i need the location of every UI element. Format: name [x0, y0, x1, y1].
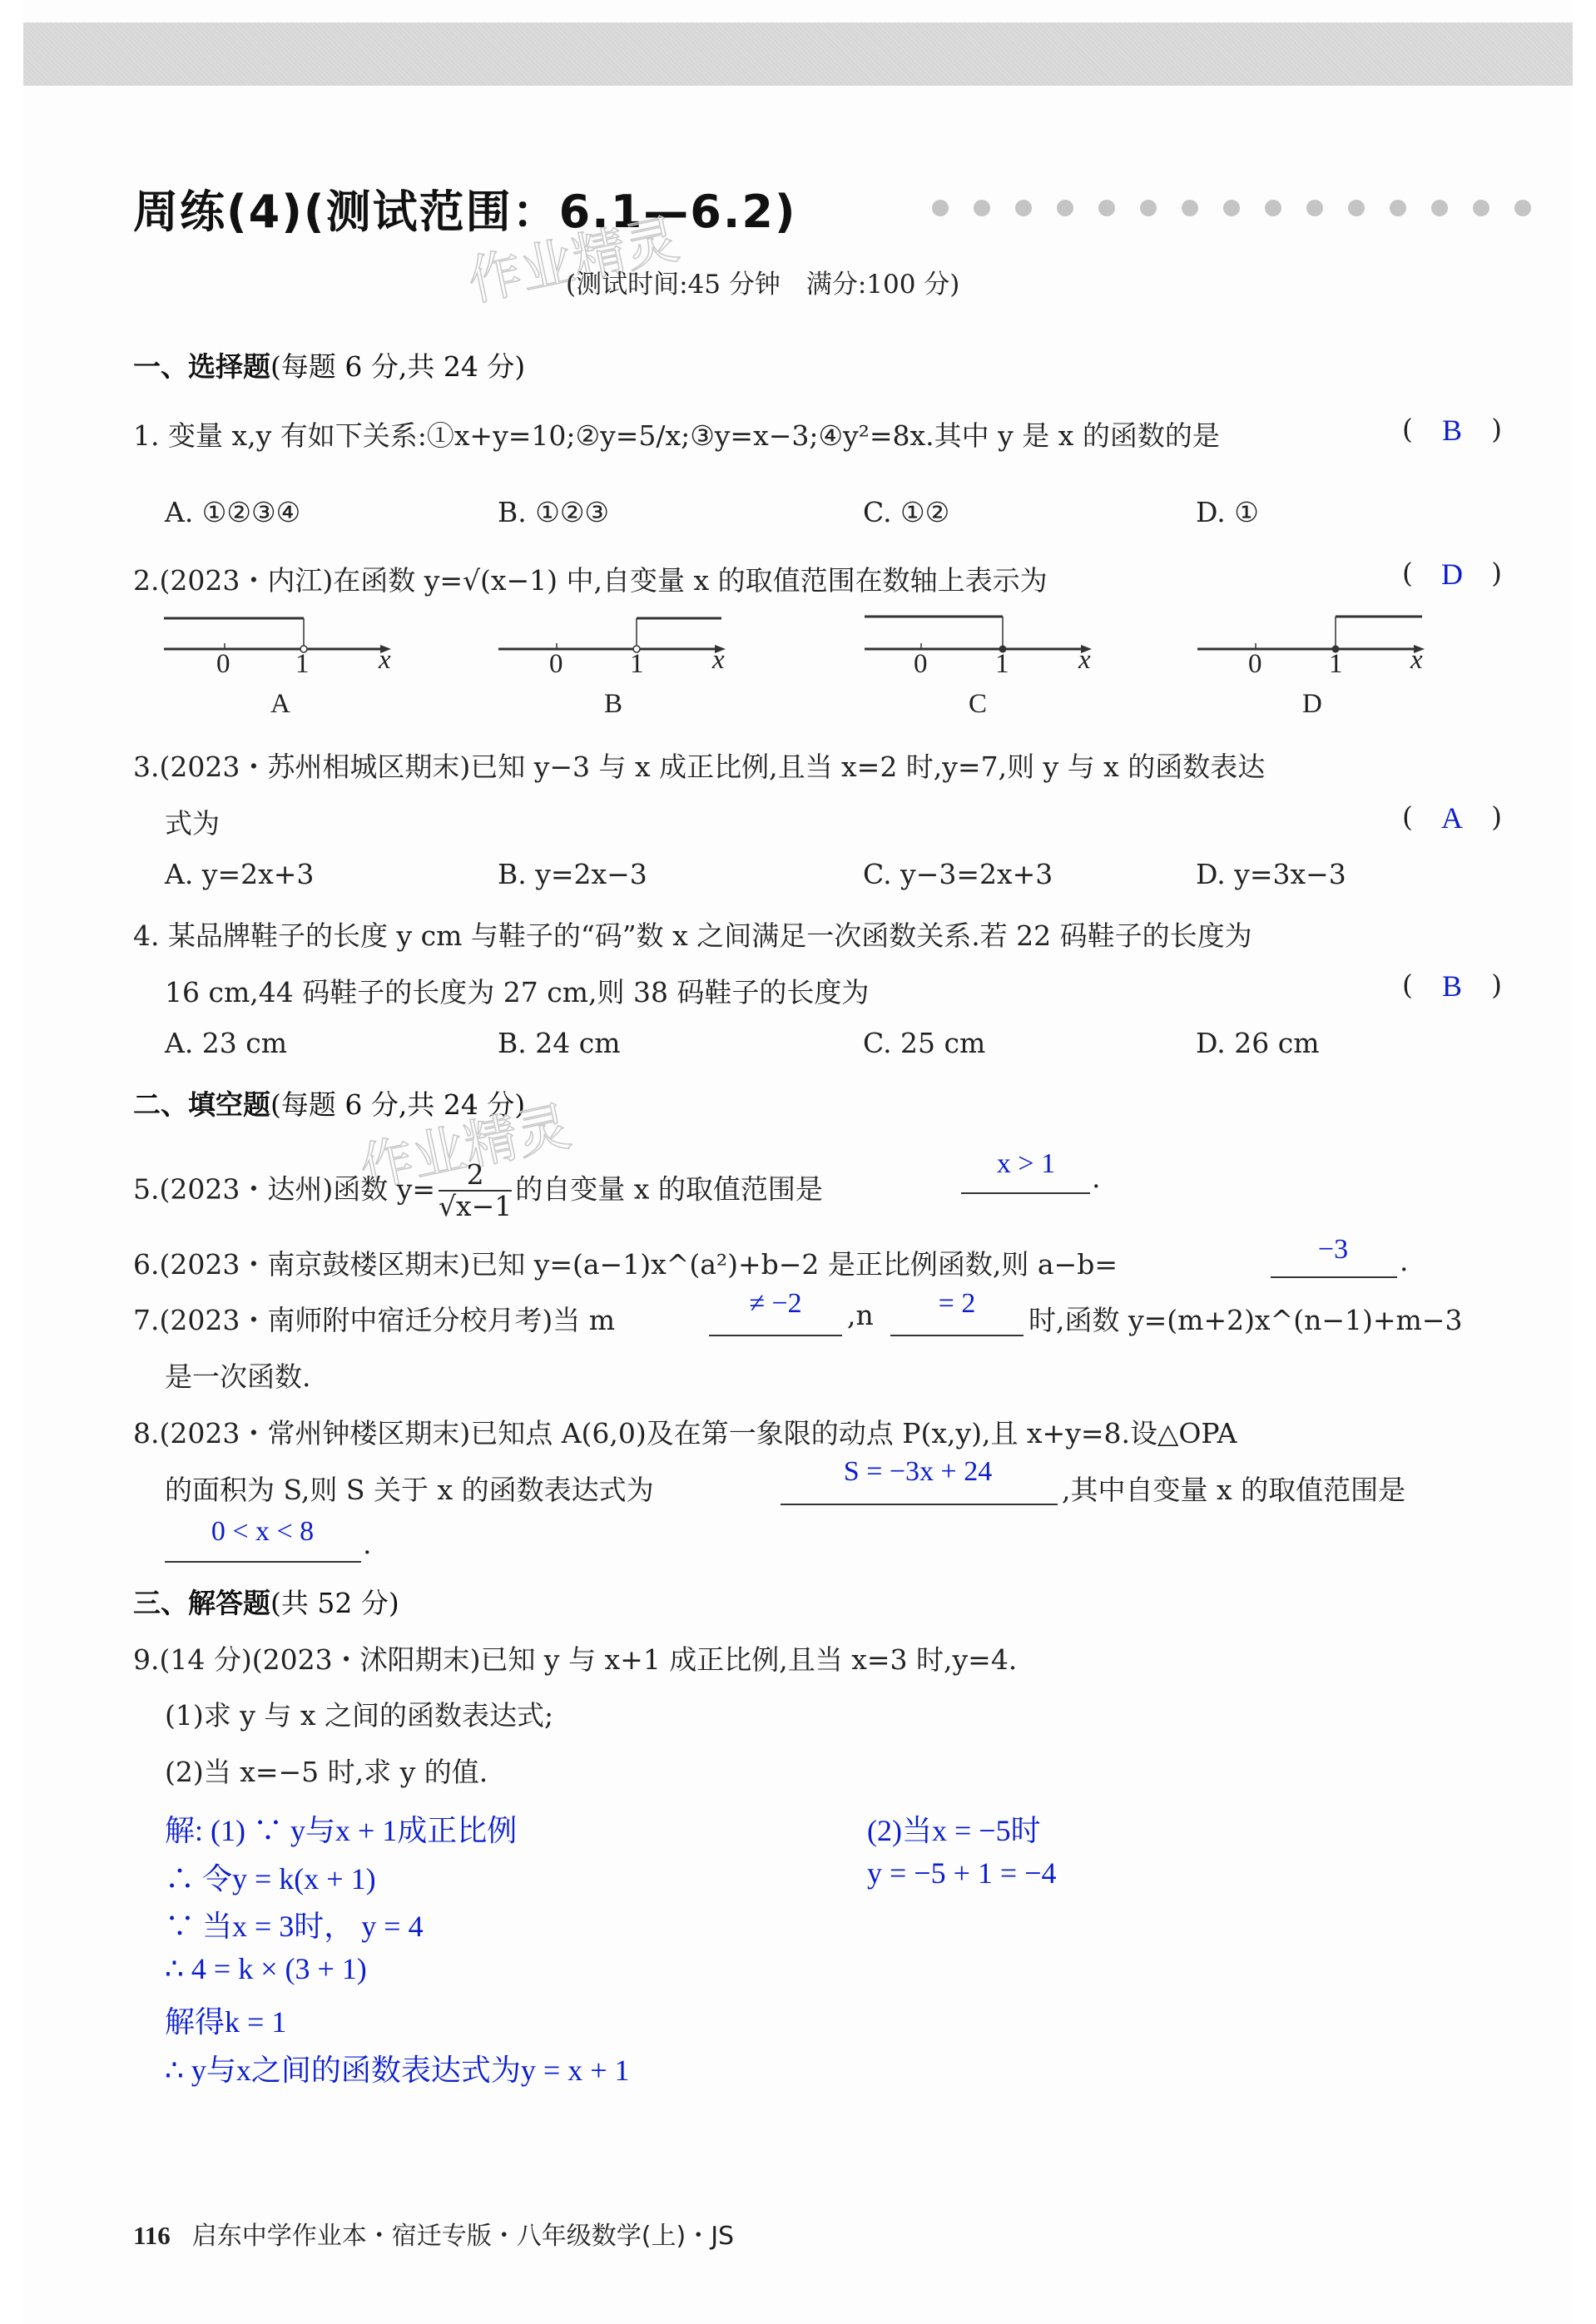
q4-option-d: D. 26 cm: [1196, 1027, 1320, 1059]
question-7-part3: 时,函数 y=(m+2)x^(n−1)+m−3: [1028, 1299, 1462, 1338]
q6-blank[interactable]: [1271, 1276, 1397, 1278]
number-line-d: [1196, 612, 1445, 686]
solution-line-3: ∵ 当x = 3时， y = 4: [165, 1903, 424, 1945]
solution-line-5: 解得k = 1: [165, 1999, 286, 2041]
tick-x: x: [1410, 645, 1423, 676]
number-line-label-c: C: [969, 689, 987, 720]
q8-answer-range: 0 < x < 8: [165, 1516, 360, 1548]
question-2-stem: 2.(2023・内江)在函数 y=√(x−1) 中,自变量 x 的取值范围在数轴…: [133, 559, 1048, 598]
question-4-stem-line1: 4. 某品牌鞋子的长度 y cm 与鞋子的“码”数 x 之间满足一次函数关系.若…: [133, 914, 1252, 954]
q3-option-c: C. y−3=2x+3: [863, 858, 1053, 890]
question-7-part1: 7.(2023・南师附中宿迁分校月考)当 m: [133, 1299, 615, 1338]
solution-line-2: ∴ 令y = k(x + 1): [165, 1856, 376, 1898]
q7-answer-m: ≠ −2: [709, 1288, 842, 1320]
q8-blank-expression[interactable]: [781, 1504, 1058, 1505]
q5-blank[interactable]: [961, 1192, 1090, 1194]
q3-option-a: A. y=2x+3: [165, 858, 314, 890]
q4-option-a: A. 23 cm: [165, 1027, 287, 1059]
question-1-stem: 1. 变量 x,y 有如下关系:①x+y=10;②y=5/x;③y=x−3;④y…: [133, 414, 1220, 453]
question-3-answer: (A): [1402, 800, 1502, 835]
q1-option-d: D. ①: [1196, 496, 1259, 528]
question-3-stem-line1: 3.(2023・苏州相城区期末)已知 y−3 与 x 成正比例,且当 x=2 时…: [133, 746, 1265, 785]
number-line-label-a: A: [270, 689, 290, 720]
question-7-part2: ,n: [847, 1299, 874, 1331]
tick-0: 0: [549, 649, 563, 680]
number-line-b: [497, 612, 746, 686]
q7-answer-n: = 2: [890, 1288, 1024, 1320]
question-6-stem: 6.(2023・南京鼓楼区期末)已知 y=(a−1)x^(a²)+b−2 是正比…: [133, 1243, 1118, 1282]
page-number: 116: [133, 2221, 171, 2250]
tick-0: 0: [216, 649, 230, 680]
title-dot-decoration: [932, 200, 1573, 218]
q7-blank-n[interactable]: [890, 1335, 1024, 1336]
question-1-answer: (B): [1402, 413, 1502, 448]
section-title: 二、填空题: [133, 1088, 270, 1121]
section-heading-solve: 三、解答题(共 52 分): [133, 1582, 399, 1621]
section-note: (共 52 分): [270, 1587, 399, 1619]
q4-option-b: B. 24 cm: [498, 1027, 621, 1059]
page-title: 周练(4)(测试范围：6.1—6.2): [133, 176, 797, 240]
question-8-line2a: 的面积为 S,则 S 关于 x 的函数表达式为: [165, 1469, 654, 1508]
period: .: [1092, 1162, 1101, 1194]
number-line-label-d: D: [1302, 689, 1322, 720]
number-line-a: [162, 612, 412, 686]
section-title: 三、解答题: [133, 1587, 270, 1619]
tick-x: x: [1078, 645, 1091, 676]
book-title: 启东中学作业本・宿迁专版・八年级数学(上)・JS: [192, 2222, 734, 2251]
q7-blank-m[interactable]: [709, 1335, 842, 1336]
section-note: (每题 6 分,共 24 分): [270, 350, 525, 383]
question-3-stem-line2: 式为: [165, 802, 220, 841]
tick-1: 1: [630, 649, 644, 680]
question-9-stem: 9.(14 分)(2023・沭阳期末)已知 y 与 x+1 成正比例,且当 x=…: [133, 1638, 1017, 1677]
q1-option-c: C. ①②: [863, 496, 949, 528]
number-line-label-b: B: [604, 689, 622, 720]
solution-line-1: 解: (1) ∵ y与x + 1成正比例: [165, 1807, 517, 1850]
question-5-stem: 5.(2023・达州)函数 y=2√x−1的自变量 x 的取值范围是: [133, 1160, 823, 1222]
q3-option-d: D. y=3x−3: [1196, 858, 1346, 890]
section-heading-choice: 一、选择题(每题 6 分,共 24 分): [133, 345, 525, 384]
solution-line-6: ∴ y与x之间的函数表达式为y = x + 1: [165, 2047, 630, 2089]
q1-option-b: B. ①②③: [498, 496, 609, 528]
period: .: [363, 1528, 372, 1560]
question-4-stem-line2: 16 cm,44 码鞋子的长度为 27 cm,则 38 码鞋子的长度为: [165, 971, 869, 1010]
question-8-line2b: ,其中自变量 x 的取值范围是: [1062, 1469, 1405, 1508]
question-8-line1: 8.(2023・常州钟楼区期末)已知点 A(6,0)及在第一象限的动点 P(x,…: [133, 1412, 1237, 1451]
q6-answer: −3: [1271, 1234, 1395, 1266]
period: .: [1400, 1245, 1409, 1277]
top-banner: [23, 22, 1573, 86]
q8-answer-expression: S = −3x + 24: [781, 1456, 1055, 1488]
test-info: (测试时间:45 分钟 满分:100 分): [566, 263, 959, 300]
section-title: 一、选择题: [133, 350, 270, 383]
solution-part2-line-1: (2)当x = −5时: [867, 1807, 1041, 1850]
q8-blank-range[interactable]: [165, 1561, 361, 1563]
q5-answer: x > 1: [964, 1148, 1088, 1180]
number-line-c: [863, 612, 1113, 686]
question-9-part1: (1)求 y 与 x 之间的函数表达式;: [165, 1694, 553, 1733]
question-4-answer: (B): [1402, 969, 1502, 1003]
question-7-line2: 是一次函数.: [165, 1355, 311, 1395]
question-2-answer: (D): [1402, 557, 1502, 592]
page-footer: 116启东中学作业本・宿迁专版・八年级数学(上)・JS: [133, 2215, 734, 2252]
question-9-part2: (2)当 x=−5 时,求 y 的值.: [165, 1751, 488, 1790]
solution-part2-line-2: y = −5 + 1 = −4: [867, 1856, 1057, 1890]
tick-x: x: [712, 645, 725, 676]
solution-line-4: ∴ 4 = k × (3 + 1): [165, 1951, 367, 1986]
q4-option-c: C. 25 cm: [863, 1027, 985, 1059]
tick-1: 1: [295, 649, 310, 680]
tick-x: x: [379, 645, 391, 676]
tick-0: 0: [1248, 649, 1262, 680]
q3-option-b: B. y=2x−3: [498, 858, 647, 890]
tick-0: 0: [914, 649, 928, 680]
q1-option-a: A. ①②③④: [165, 496, 300, 528]
tick-1: 1: [1329, 649, 1343, 680]
tick-1: 1: [995, 649, 1009, 680]
